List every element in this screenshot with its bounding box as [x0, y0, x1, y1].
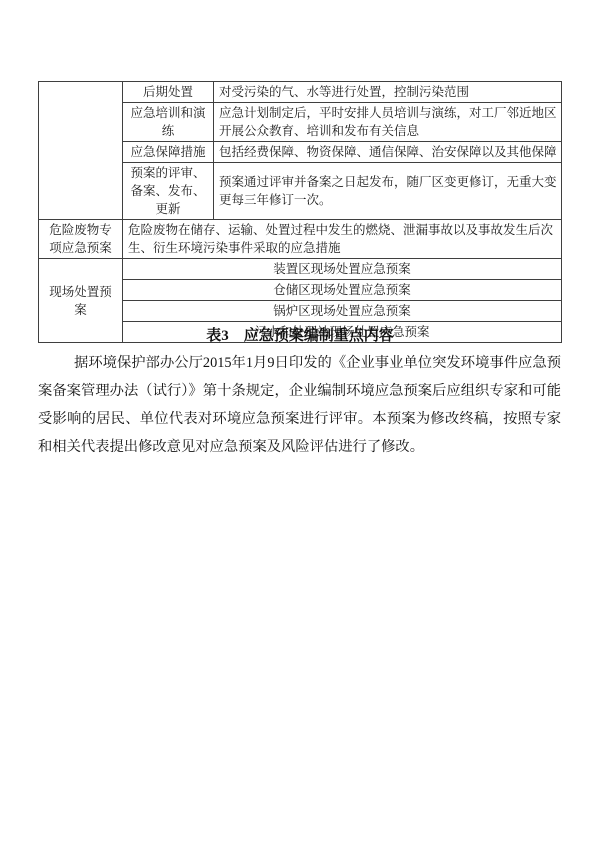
table-row: 危险废物专项应急预案 危险废物在储存、运输、处置过程中发生的燃烧、泄漏事故以及事… [39, 220, 562, 259]
procedure-desc-cell: 包括经费保障、物资保障、通信保障、治安保障以及其他保障 [214, 142, 562, 163]
hazardous-waste-desc-cell: 危险废物在储存、运输、处置过程中发生的燃烧、泄漏事故以及事故发生后次生、衍生环境… [123, 220, 562, 259]
procedure-desc-cell: 预案通过评审并备案之日起发布，随厂区变更修订，无重大变更每三年修订一次。 [214, 163, 562, 220]
table-row: 现场处置预案 装置区现场处置应急预案 [39, 259, 562, 280]
procedure-name-cell: 预案的评审、备案、发布、更新 [123, 163, 214, 220]
procedure-desc-cell: 应急计划制定后，平时安排人员培训与演练，对工厂邻近地区开展公众教育、培训和发布有… [214, 103, 562, 142]
procedure-name-cell: 应急保障措施 [123, 142, 214, 163]
procedure-desc-cell: 对受污染的气、水等进行处置，控制污染范围 [214, 82, 562, 103]
onsite-plan-item-cell: 锅炉区现场处置应急预案 [123, 301, 562, 322]
document-page: 后期处置 对受污染的气、水等进行处置，控制污染范围 应急培训和演练 应急计划制定… [0, 0, 600, 848]
table-row: 后期处置 对受污染的气、水等进行处置，控制污染范围 [39, 82, 562, 103]
procedure-name-cell: 应急培训和演练 [123, 103, 214, 142]
hazardous-waste-label-cell: 危险废物专项应急预案 [39, 220, 123, 259]
onsite-plan-item-cell: 仓储区现场处置应急预案 [123, 280, 562, 301]
continued-parent-cell [39, 82, 123, 220]
emergency-plan-table: 后期处置 对受污染的气、水等进行处置，控制污染范围 应急培训和演练 应急计划制定… [38, 81, 561, 343]
procedure-name-cell: 后期处置 [123, 82, 214, 103]
onsite-plan-item-cell: 装置区现场处置应急预案 [123, 259, 562, 280]
body-paragraph: 据环境保护部办公厅2015年1月9日印发的《企业事业单位突发环境事件应急预案备案… [38, 349, 561, 461]
table-caption: 表3 应急预案编制重点内容 [0, 326, 600, 346]
